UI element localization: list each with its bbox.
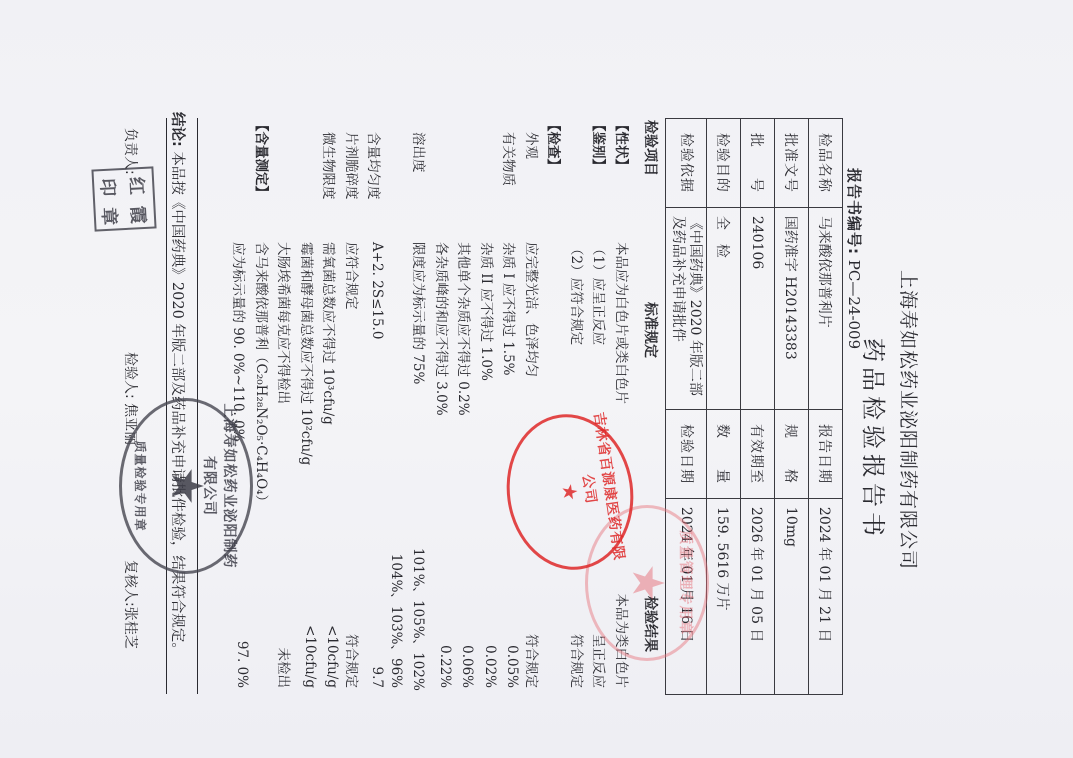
result-value: 符合规定 <box>343 548 363 688</box>
info-value: 全 检 <box>707 207 741 409</box>
reviewer-signature: 复核人:张桂芝 <box>121 560 141 649</box>
info-value: 2024 年 01 月 21 日 <box>809 498 843 694</box>
info-label: 批 号 <box>741 119 775 208</box>
result-value: 0.05% <box>505 548 521 688</box>
info-label: 规 格 <box>775 410 809 499</box>
info-row: 检品名称马来酸依那普利片报告日期2024 年 01 月 21 日 <box>809 119 843 695</box>
result-value: 9.7 <box>370 548 386 688</box>
seal-char: 章 <box>101 205 120 224</box>
info-value: 159. 5616 万片 <box>707 498 741 694</box>
result-standard: 大肠埃希菌每克应不得检出 <box>276 242 296 404</box>
pink-seal-text: 质量管理专用章 <box>676 508 696 658</box>
gray-company-seal: 上海寿如松药业泌阳制药有限公司 ★ 质量检验专用章 <box>119 398 253 574</box>
info-label: 有效期至 <box>741 410 775 499</box>
info-label: 检验日期 <box>666 410 707 499</box>
result-standard: 霉菌和酵母菌总数应不得过 10²cfu/g <box>298 242 318 465</box>
result-value: <10cfu/g <box>302 548 318 688</box>
info-row: 批 号240106有效期至2026 年 01 月 05 日 <box>741 119 775 695</box>
personal-square-seal: 红 霞 印 章 <box>91 166 156 231</box>
info-row: 检验目的全 检数 量159. 5616 万片 <box>707 119 741 695</box>
info-value: 2026 年 01 月 05 日 <box>741 498 775 694</box>
info-row: 批准文号国药准字 H20143383规 格10mg <box>775 119 809 695</box>
result-item: 【含量测定】 <box>253 118 273 199</box>
result-item: 【检查】 <box>546 118 566 172</box>
info-value: 240106 <box>741 207 775 409</box>
result-value: 104%、103%、96% <box>388 548 408 688</box>
result-value: 0.02% <box>482 548 498 688</box>
gray-seal-bottom-text: 质量检验专用章 <box>132 401 149 571</box>
result-value: 101%、105%、102% <box>411 548 431 688</box>
info-value: 《中国药典》2020 年版二部及药品补充申请批件 <box>666 207 707 409</box>
result-item: 【性状】 <box>613 118 633 172</box>
result-standard: A+2. 2S≤15.0 <box>370 242 386 339</box>
red-seal-text: 吉林省百源康医药有限公司 <box>569 411 629 565</box>
result-item: 溶出度 <box>411 132 431 173</box>
result-standard: 需氧菌总数应不得过 10³cfu/g <box>321 242 341 425</box>
result-item: 外观 <box>523 132 543 159</box>
star-icon: ★ <box>559 482 581 503</box>
star-icon: ★ <box>625 563 669 602</box>
result-item: 【鉴别】 <box>591 118 611 172</box>
info-value: 国药准字 H20143383 <box>775 207 809 409</box>
info-label: 检验目的 <box>707 119 741 208</box>
info-label: 报告日期 <box>809 410 843 499</box>
seal-char: 红 <box>128 174 147 193</box>
result-standard: 各杂质峰的和应不得过 3.0% <box>433 242 453 416</box>
result-standard: 应符合规定 <box>343 242 363 310</box>
result-standard: 杂质 I 应不得过 1.5% <box>501 242 521 376</box>
result-value: <10cfu/g <box>325 548 341 688</box>
result-item: 有关物质 <box>501 132 521 186</box>
col-head-item: 检验项目 <box>641 120 661 176</box>
seal-char: 霞 <box>130 203 149 222</box>
col-head-standard: 标准规定 <box>641 302 661 358</box>
result-standard: 杂质 II 应不得过 1.0% <box>478 242 498 381</box>
gray-seal-text: 上海寿如松药业泌阳制药有限公司 <box>200 401 240 571</box>
document-title: 药品检验报告书 <box>858 338 893 541</box>
report-number-label: 报告书编号: <box>845 168 863 255</box>
info-value: 马来酸依那普利片 <box>809 207 843 409</box>
result-item: 片剂脆碎度 <box>343 132 363 200</box>
result-standard: （2）应符合规定 <box>568 242 588 345</box>
result-item: 微生物限度 <box>321 132 341 200</box>
company-name: 上海寿如松药业泌阳制药有限公司 <box>896 270 923 570</box>
info-label: 检验依据 <box>666 119 707 208</box>
result-value: 0.06% <box>460 548 476 688</box>
result-item: 含量均匀度 <box>366 132 386 200</box>
conclusion: 结论: 本品按《中国药典》2020 年版二部及药品补充申请批件检验，结果符合规定… <box>168 112 189 657</box>
result-standard: 其他单个杂质应不得过 0.2% <box>456 242 476 416</box>
report-number: 报告书编号: PC—24-009 <box>844 168 865 349</box>
inspection-report-page: 上海寿如松药业泌阳制药有限公司 药品检验报告书 报告书编号: PC—24-009… <box>0 0 1073 758</box>
conclusion-label: 结论: <box>169 112 185 147</box>
result-standard: 本品应为白色片或类白色片 <box>613 242 633 404</box>
info-label: 数 量 <box>707 410 741 499</box>
result-standard: （1）应呈正反应 <box>591 242 611 345</box>
info-label: 批准文号 <box>775 119 809 208</box>
result-standard: 含马来酸依那普利（C₂₀H₂₈N₂O₅·C₄H₄O₄） <box>253 242 273 508</box>
info-value: 10mg <box>775 498 809 694</box>
info-label: 检品名称 <box>809 119 843 208</box>
result-standard: 应完整光洁、色泽均匀 <box>523 242 543 377</box>
result-value: 符合规定 <box>523 548 543 688</box>
report-number-value: PC—24-009 <box>845 260 863 349</box>
seal-char: 印 <box>99 176 118 195</box>
result-value: 0.22% <box>437 548 453 688</box>
result-standard: 限度应为标示量的 75% <box>411 242 431 384</box>
result-value: 未检出 <box>276 548 296 688</box>
